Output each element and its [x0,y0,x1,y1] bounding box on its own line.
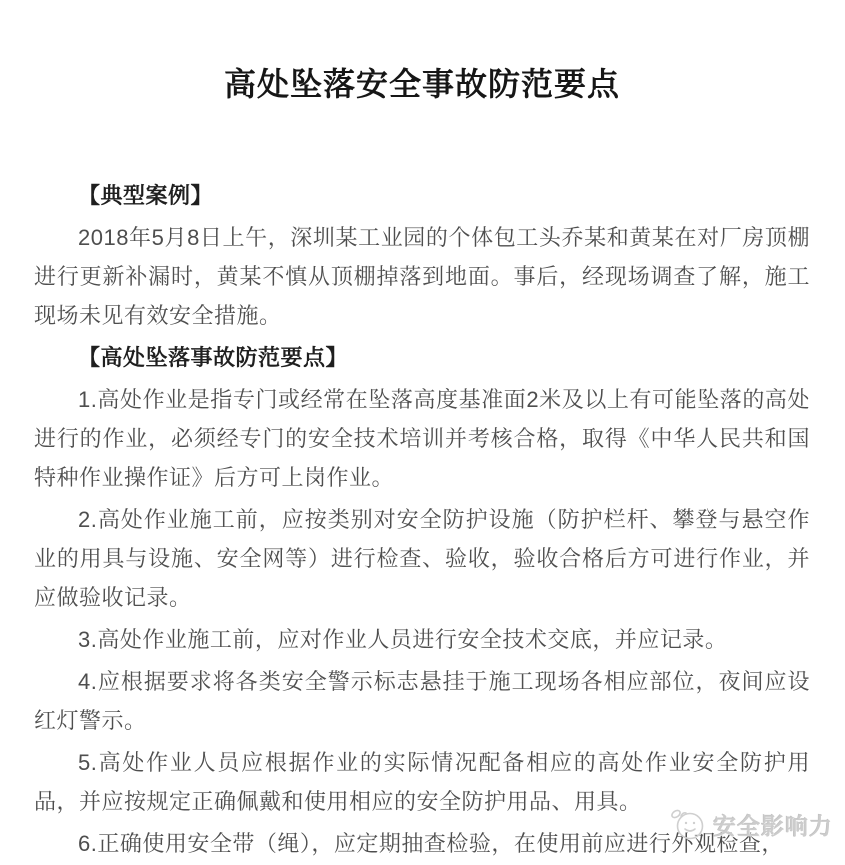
paragraph-point-4: 4.应根据要求将各类安全警示标志悬挂于施工现场各相应部位，夜间应设红灯警示。 [34,662,810,740]
article-content: 高处坠落安全事故防范要点 【典型案例】 2018年5月8日上午，深圳某工业园的个… [34,62,810,865]
paragraph-point-3: 3.高处作业施工前，应对作业人员进行安全技术交底，并应记录。 [34,620,810,659]
paragraph-point-2: 2.高处作业施工前，应按类别对安全防护设施（防护栏杆、攀登与悬空作业的用具与设施… [34,500,810,617]
page-title: 高处坠落安全事故防范要点 [34,62,810,106]
section-heading-typical-case: 【典型案例】 [34,176,810,215]
section-heading-prevention-points: 【高处坠落事故防范要点】 [34,338,810,377]
paragraph-case-description: 2018年5月8日上午，深圳某工业园的个体包工头乔某和黄某在对厂房顶棚进行更新补… [34,218,810,335]
paragraph-point-6: 6.正确使用安全带（绳），应定期抽查检验，在使用前应进行外观检查， [34,824,810,863]
paragraph-point-1: 1.高处作业是指专门或经常在坠落高度基准面2米及以上有可能坠落的高处进行的作业，… [34,380,810,497]
document-page: 高处坠落安全事故防范要点 【典型案例】 2018年5月8日上午，深圳某工业园的个… [0,0,845,865]
paragraph-point-5: 5.高处作业人员应根据作业的实际情况配备相应的高处作业安全防护用品，并应按规定正… [34,743,810,821]
